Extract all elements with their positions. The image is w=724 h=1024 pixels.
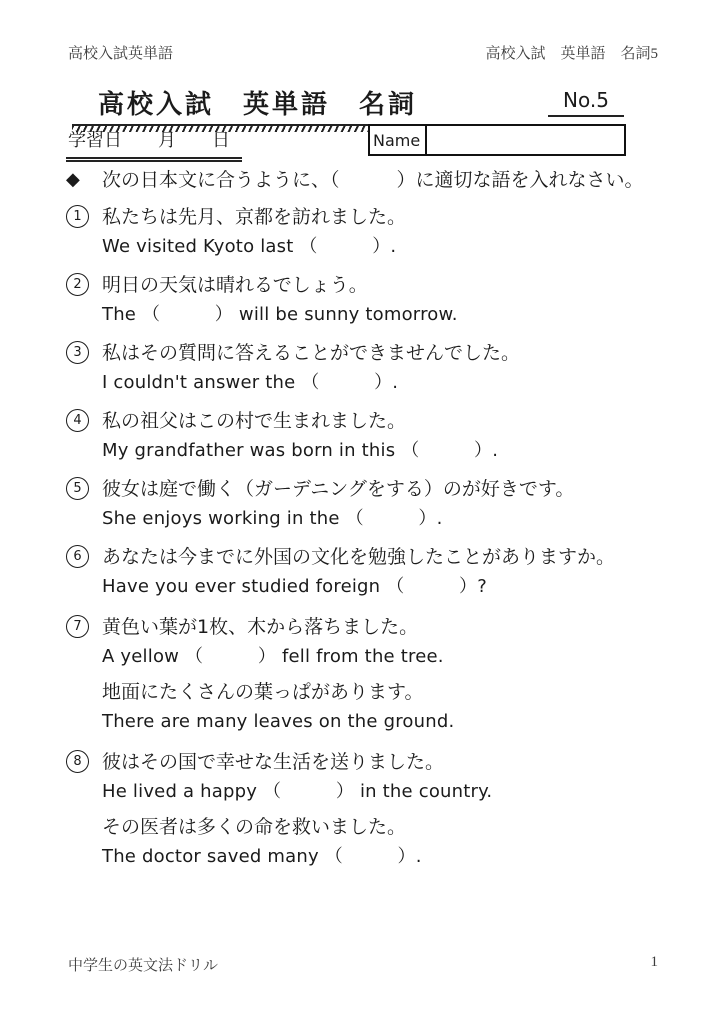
worksheet-item-2: 2 明日の天気は晴れるでしょう。 The （ ） will be sunny t… [66,270,666,330]
item-number-cell: 2 [66,270,102,330]
circled-number: 6 [66,545,89,568]
worksheet-page: 高校入試英単語 高校入試 英単語 名詞5 高校入試 英単語 名詞 No.5 学習… [0,0,724,1024]
circled-number: 3 [66,341,89,364]
circled-number: 4 [66,409,89,432]
worksheet-item-6: 6 あなたは今までに外国の文化を勉強したことがありますか。 Have you e… [66,542,666,602]
japanese-sentence: 彼女は庭で働く（ガーデニングをする）のが好きです。 [102,474,666,504]
circled-number: 2 [66,273,89,296]
item-body: 彼はその国で幸せな生活を送りました。 He lived a happy （ ） … [102,747,666,872]
english-sentence: My grandfather was born in this （ ）. [102,436,666,466]
item-body: 黄色い葉が1枚、木から落ちました。 A yellow （ ） fell from… [102,612,666,737]
name-box: Name [368,124,626,156]
japanese-sentence: 黄色い葉が1枚、木から落ちました。 [102,612,666,642]
japanese-sentence: 私たちは先月、京都を訪れました。 [102,202,666,232]
question-list: 1 私たちは先月、京都を訪れました。 We visited Kyoto last… [66,202,666,880]
sheet-number: No.5 [548,88,624,117]
item-number-cell: 5 [66,474,102,534]
item-number-cell: 7 [66,612,102,737]
english-sentence: He lived a happy （ ） in the country. [102,777,666,807]
worksheet-item-7: 7 黄色い葉が1枚、木から落ちました。 A yellow （ ） fell fr… [66,612,666,737]
item-body: 彼女は庭で働く（ガーデニングをする）のが好きです。 She enjoys wor… [102,474,666,534]
study-date-label: 学習日 月 日 [66,126,242,162]
worksheet-item-3: 3 私はその質問に答えることができませんでした。 I couldn't answ… [66,338,666,398]
instruction-text: 次の日本文に合うように、（ ）に適切な語を入れなさい。 [102,168,644,192]
circled-number: 8 [66,750,89,773]
diamond-bullet-icon: ◆ [66,168,102,192]
english-sentence: A yellow （ ） fell from the tree. [102,642,666,672]
item-number-cell: 1 [66,202,102,262]
worksheet-title: 高校入試 英単語 名詞 [72,84,462,121]
item-number-cell: 6 [66,542,102,602]
japanese-sentence: 地面にたくさんの葉っぱがあります。 [102,677,666,707]
circled-number: 1 [66,205,89,228]
instruction-line: ◆ 次の日本文に合うように、（ ）に適切な語を入れなさい。 [66,168,666,192]
worksheet-item-1: 1 私たちは先月、京都を訪れました。 We visited Kyoto last… [66,202,666,262]
worksheet-item-8: 8 彼はその国で幸せな生活を送りました。 He lived a happy （ … [66,747,666,872]
english-sentence: The （ ） will be sunny tomorrow. [102,300,666,330]
item-body: 私はその質問に答えることができませんでした。 I couldn't answer… [102,338,666,398]
item-body: 私たちは先月、京都を訪れました。 We visited Kyoto last （… [102,202,666,262]
name-input-area[interactable] [427,126,624,154]
worksheet-item-5: 5 彼女は庭で働く（ガーデニングをする）のが好きです。 She enjoys w… [66,474,666,534]
english-sentence: There are many leaves on the ground. [102,707,666,737]
japanese-sentence: あなたは今までに外国の文化を勉強したことがありますか。 [102,542,666,572]
footer-source-title: 中学生の英文法ドリル [68,954,218,975]
english-sentence: We visited Kyoto last （ ）. [102,232,666,262]
english-sentence: The doctor saved many （ ）. [102,842,666,872]
circled-number: 7 [66,615,89,638]
running-header-right: 高校入試 英単語 名詞5 [485,42,658,63]
page-footer: 中学生の英文法ドリル 1 [68,954,658,975]
japanese-sentence: 私の祖父はこの村で生まれました。 [102,406,666,436]
japanese-sentence: 彼はその国で幸せな生活を送りました。 [102,747,666,777]
item-body: あなたは今までに外国の文化を勉強したことがありますか。 Have you eve… [102,542,666,602]
worksheet-item-4: 4 私の祖父はこの村で生まれました。 My grandfather was bo… [66,406,666,466]
item-body: 明日の天気は晴れるでしょう。 The （ ） will be sunny tom… [102,270,666,330]
circled-number: 5 [66,477,89,500]
item-number-cell: 8 [66,747,102,872]
running-header-left: 高校入試英単語 [68,42,173,63]
japanese-sentence: その医者は多くの命を救いました。 [102,812,666,842]
japanese-sentence: 明日の天気は晴れるでしょう。 [102,270,666,300]
item-number-cell: 4 [66,406,102,466]
page-running-header: 高校入試英単語 高校入試 英単語 名詞5 [68,42,658,63]
english-sentence: I couldn't answer the （ ）. [102,368,666,398]
english-sentence: She enjoys working in the （ ）. [102,504,666,534]
name-label: Name [370,126,427,154]
english-sentence: Have you ever studied foreign （ ）? [102,572,666,602]
item-number-cell: 3 [66,338,102,398]
japanese-sentence: 私はその質問に答えることができませんでした。 [102,338,666,368]
page-number: 1 [651,954,659,975]
item-body: 私の祖父はこの村で生まれました。 My grandfather was born… [102,406,666,466]
